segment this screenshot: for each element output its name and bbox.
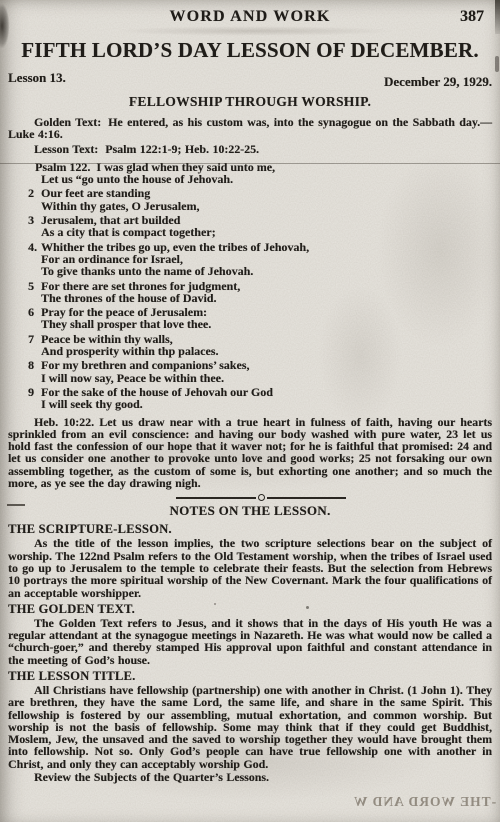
verse-number: 9 xyxy=(28,386,41,411)
verse-line: And prosperity within thp palaces. xyxy=(41,345,492,357)
lesson-text-paragraph: Lesson Text:Psalm 122:1-9; Heb. 10:22-25… xyxy=(8,143,492,155)
verse-line: Let us “go unto the house of Jehovah. xyxy=(41,173,492,185)
verse-line: I will seek thy good. xyxy=(41,398,492,410)
verse-number: 8 xyxy=(28,359,41,384)
verse-line: I will now say, Peace be within thee. xyxy=(41,372,492,384)
verse-line: To give thanks unto the name of Jehovah. xyxy=(41,265,492,277)
hebrews-passage-paragraph: Heb. 10:22. Let us draw near with a true… xyxy=(8,416,492,490)
page-content: WORD AND WORK 387 FIFTH LORD’S DAY LESSO… xyxy=(0,0,500,783)
verse-line: For there are set thrones for judgment, xyxy=(41,280,492,292)
psalm-verse-3: 3 Jerusalem, that art builded As a city … xyxy=(28,214,492,239)
verse-number: 4. xyxy=(28,241,41,278)
journal-title: WORD AND WORK xyxy=(169,8,330,25)
psalm-verse-2: 2 Our feet are standing Within thy gates… xyxy=(28,187,492,212)
psalm-verse-7: 7 Peace be within thy walls, And prosper… xyxy=(28,333,492,358)
verse-line: For my brethren and companions’ sakes, xyxy=(41,359,492,371)
psalm-verse-1: Psalm 122. I was glad when they said unt… xyxy=(28,161,492,186)
divider-line-left xyxy=(176,497,256,499)
divider-circle xyxy=(258,494,265,501)
verse-number: 3 xyxy=(28,214,41,239)
lesson-date: December 29, 1929. xyxy=(384,74,492,90)
bleed-through-ghost-text: -THE WORD AND W xyxy=(353,794,496,810)
psalm-verses: Psalm 122. I was glad when they said unt… xyxy=(8,161,492,411)
lesson-main-title: FIFTH LORD’S DAY LESSON OF DECEMBER. xyxy=(8,38,492,63)
psalm-verse-9: 9 For the sake of the house of Jehovah o… xyxy=(28,386,492,411)
divider-ornament xyxy=(176,494,346,501)
psalm-verse-8: 8 For my brethren and companions’ sakes,… xyxy=(28,359,492,384)
lesson-subject-heading: FELLOWSHIP THROUGH WORSHIP. xyxy=(8,94,492,110)
verse-number: 7 xyxy=(28,333,41,358)
psalm-verse-4: 4. Whither the tribes go up, even the tr… xyxy=(28,241,492,278)
divider-line-right xyxy=(267,497,347,499)
golden-text-heading: THE GOLDEN TEXT. xyxy=(8,602,492,617)
scanned-page: -THE WORD AND W WORD AND WORK 387 FIFTH … xyxy=(0,0,500,822)
lesson-number: Lesson 13. xyxy=(8,70,66,86)
golden-text-body: The Golden Text refers to Jesus, and it … xyxy=(8,617,492,666)
verse-line: The thrones of the house of David. xyxy=(41,292,492,304)
verse-line: Within thy gates, O Jerusalem, xyxy=(41,200,492,212)
psalm-verse-6: 6 Pray for the peace of Jerusalem: They … xyxy=(28,306,492,331)
verse-line: Our feet are standing xyxy=(41,187,492,199)
lesson-title-body: All Christians have fellowship (partners… xyxy=(8,684,492,770)
review-line: Review the Subjects of the Quarter’s Les… xyxy=(8,771,492,783)
psalm-verse-5: 5 For there are set thrones for judgment… xyxy=(28,280,492,305)
verse-number: 2 xyxy=(28,187,41,212)
verse-line: As a city that is compact together; xyxy=(41,226,492,238)
lesson-text-value: Psalm 122:1-9; Heb. 10:22-25. xyxy=(105,142,259,156)
running-header: WORD AND WORK 387 xyxy=(8,8,492,26)
page-number: 387 xyxy=(460,8,484,26)
scripture-lesson-body: As the title of the lesson implies, the … xyxy=(8,537,492,598)
scripture-lesson-heading: THE SCRIPTURE-LESSON. xyxy=(8,522,492,537)
verse-number: 6 xyxy=(28,306,41,331)
golden-text-paragraph: Golden Text:He entered, as his custom wa… xyxy=(8,116,492,141)
notes-section-heading: NOTES ON THE LESSON. xyxy=(8,503,492,519)
verse-line: They shall prosper that love thee. xyxy=(41,318,492,330)
verse-number: 5 xyxy=(28,280,41,305)
lesson-meta-row: Lesson 13. December 29, 1929. xyxy=(8,70,492,86)
lesson-title-heading: THE LESSON TITLE. xyxy=(8,669,492,684)
lesson-text-label: Lesson Text: xyxy=(34,142,98,156)
